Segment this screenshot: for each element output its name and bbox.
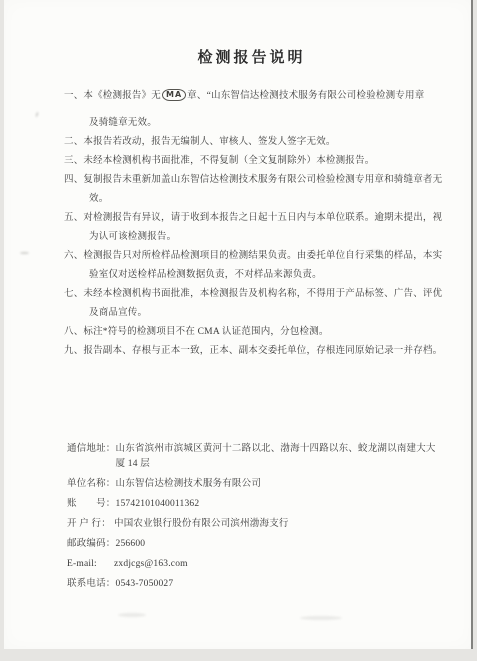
item-text: 未经本检测机构书面批准，不得复制（全文复制除外）本检测报告。	[83, 156, 374, 166]
contact-row-company: 单位名称： 山东智信达检测技术服务有限公司	[67, 477, 445, 492]
item-text: 本《检测报告》无	[83, 91, 161, 101]
instructions-list: 一、本《检测报告》无MA章、“山东智信达检测技术服务有限公司检验检测专用章 及骑…	[64, 87, 445, 361]
contact-label: 账 号：	[67, 497, 116, 512]
item-number: 八、	[64, 327, 83, 337]
item-number: 四、	[64, 175, 83, 185]
item-number: 三、	[64, 156, 83, 166]
instruction-item-5: 五、对检测报告有异议，请于收到本报告之日起十五日内与本单位联系。逾期未提出，视为…	[64, 209, 445, 247]
item-text: 标注*符号的检测项目不在 CMA 认证范围内，分包检测。	[83, 327, 328, 337]
instruction-item-9: 九、报告副本、存根与正本一致，正本、副本交委托单位，存根连同原始记录一并存档。	[64, 342, 445, 361]
contact-value: zxdjcgs@163.com	[114, 557, 444, 572]
item-text: 本报告若改动，报告无编制人、审核人、签发人签字无效。	[83, 137, 335, 147]
scanned-document: 检测报告说明 一、本《检测报告》无MA章、“山东智信达检测技术服务有限公司检验检…	[0, 0, 477, 661]
item-text: 报告副本、存根与正本一致，正本、副本交委托单位，存根连同原始记录一并存档。	[83, 346, 442, 356]
contact-row-postcode: 邮政编码： 256600	[67, 537, 445, 552]
instruction-item-4: 四、复制报告未重新加盖山东智信达检测技术服务有限公司检验检测专用章和骑缝章者无效…	[64, 171, 445, 209]
instruction-item-2: 二、本报告若改动，报告无编制人、审核人、签发人签字无效。	[64, 133, 445, 152]
item-number: 六、	[64, 251, 83, 261]
contact-section: 通信地址： 山东省滨州市滨城区黄河十二路以北、渤海十四路以东、蛟龙湖以南建大大厦…	[67, 442, 445, 592]
page-title: 检测报告说明	[4, 46, 471, 67]
item-text: 对检测报告有异议，请于收到本报告之日起十五日内与本单位联系。逾期未提出，视为认可…	[83, 213, 442, 242]
paper: 检测报告说明 一、本《检测报告》无MA章、“山东智信达检测技术服务有限公司检验检…	[4, 0, 473, 649]
contact-row-address: 通信地址： 山东省滨州市滨城区黄河十二路以北、渤海十四路以东、蛟龙湖以南建大大厦…	[67, 442, 445, 472]
contact-label: 联系电话：	[67, 577, 116, 592]
contact-row-email: E-mail: zxdjcgs@163.com	[67, 557, 445, 572]
contact-row-bank: 开 户 行： 中国农业银行股份有限公司滨州渤海支行	[67, 517, 445, 532]
contact-label: 通信地址：	[67, 442, 116, 472]
contact-value: 0543-7050027	[116, 577, 445, 592]
item-number: 二、	[64, 137, 83, 147]
instruction-item-6: 六、检测报告只对所检样品检测项目的检测结果负责。由委托单位自行采集的样品，本实验…	[64, 247, 445, 285]
contact-value: 山东智信达检测技术服务有限公司	[116, 477, 445, 492]
contact-label: 邮政编码：	[67, 537, 116, 552]
item-number: 九、	[64, 346, 83, 356]
contact-row-account: 账 号： 15742101040011362	[67, 497, 445, 512]
cma-badge: MA	[162, 89, 186, 101]
contact-value: 256600	[116, 537, 445, 552]
instruction-item-1: 一、本《检测报告》无MA章、“山东智信达检测技术服务有限公司检验检测专用章	[64, 87, 445, 106]
item-text: 复制报告未重新加盖山东智信达检测技术服务有限公司检验检测专用章和骑缝章者无效。	[83, 175, 442, 204]
scan-smudge	[300, 616, 342, 620]
item-text: 检测报告只对所检样品检测项目的检测结果负责。由委托单位自行采集的样品，本实验室仅…	[83, 251, 442, 280]
item-number: 五、	[64, 213, 83, 223]
contact-value: 中国农业银行股份有限公司滨州渤海支行	[114, 517, 444, 532]
contact-label: 单位名称：	[67, 477, 116, 492]
contact-label: E-mail:	[67, 557, 114, 572]
scan-speck	[20, 252, 29, 254]
scan-smudge	[368, 250, 382, 253]
scan-smudge	[118, 613, 146, 617]
contact-label: 开 户 行：	[67, 517, 114, 532]
instruction-item-8: 八、标注*符号的检测项目不在 CMA 认证范围内，分包检测。	[64, 323, 445, 342]
contact-row-phone: 联系电话： 0543-7050027	[67, 577, 445, 592]
instruction-item-7: 七、未经本检测机构书面批准，本检测报告及机构名称，不得用于产品标签、广告、评优及…	[64, 285, 445, 323]
contact-value: 15742101040011362	[116, 497, 445, 512]
item-number: 一、	[64, 91, 83, 101]
instruction-item-3: 三、未经本检测机构书面批准，不得复制（全文复制除外）本检测报告。	[64, 152, 445, 171]
item-text: 未经本检测机构书面批准，本检测报告及机构名称，不得用于产品标签、广告、评优及商品…	[83, 289, 442, 318]
item-text: 章、“山东智信达检测技术服务有限公司检验检测专用章	[187, 91, 424, 101]
contact-value: 山东省滨州市滨城区黄河十二路以北、渤海十四路以东、蛟龙湖以南建大大厦 14 层	[116, 442, 445, 472]
instruction-item-1-line2: 及骑缝章无效。	[64, 114, 445, 133]
item-number: 七、	[64, 289, 83, 299]
